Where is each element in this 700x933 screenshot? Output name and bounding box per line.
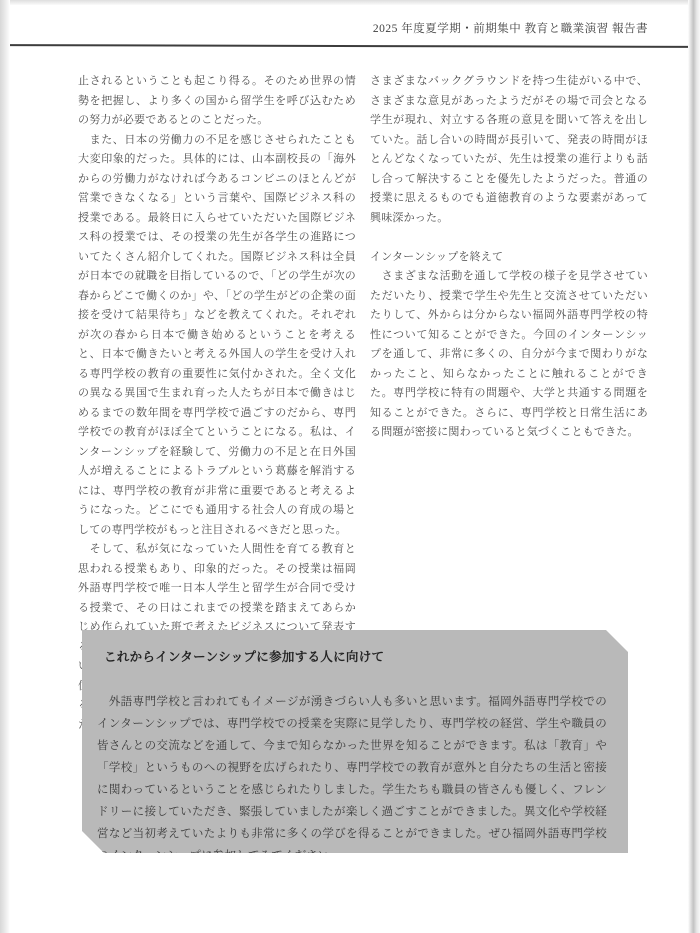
photo-edge-right (688, 0, 700, 933)
callout-title: これからインターンシップに参加する人に向けて (82, 630, 628, 665)
callout-box: これからインターンシップに参加する人に向けて 外語専門学校と言われてもイメージが… (82, 630, 628, 853)
paragraph: また、日本の労働力の不足を感じさせられたことも大変印象的だった。具体的には、山本… (78, 131, 356, 541)
page-header: 2025 年度夏学期・前期集中 教育と職業演習 報告書 (373, 20, 648, 36)
header-rule (10, 44, 688, 48)
section-heading: インターンシップを終えて (370, 248, 648, 268)
photo-edge-left (0, 0, 10, 933)
callout-body: 外語専門学校と言われてもイメージが湧きづらい人も多いと思います。福岡外語専門学校… (82, 665, 628, 867)
header-title: 2025 年度夏学期・前期集中 教育と職業演習 報告書 (373, 23, 648, 35)
paragraph: 止されるということも起こり得る。そのため世界の情勢を把握し、より多くの国から留学… (78, 72, 356, 131)
paragraph: さまざまなバックグラウンドを持つ生徒がいる中で、さまざまな意見があったようだがそ… (370, 72, 648, 228)
paragraph: さまざまな活動を通して学校の様子を見学させていただいたり、授業で学生や先生と交流… (370, 267, 648, 443)
photo-edge-top (0, 0, 700, 5)
